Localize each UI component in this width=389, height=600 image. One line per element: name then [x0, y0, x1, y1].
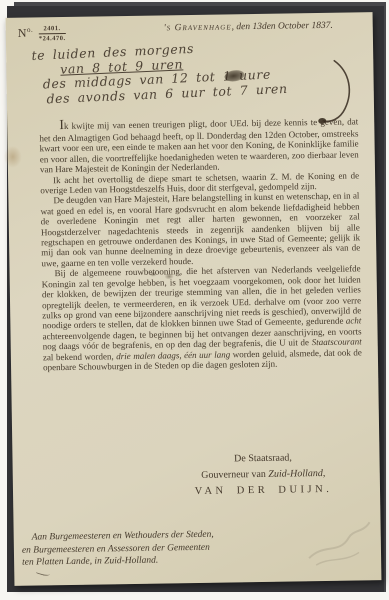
paper-stain — [4, 146, 22, 168]
signature-name: VAN DER DUIJN. — [151, 481, 376, 501]
pencil-smudge — [303, 512, 374, 568]
ink-mark — [36, 567, 51, 577]
reference-no-label: N — [18, 26, 27, 40]
reference-number-top: 2401. — [39, 25, 66, 34]
document-paper: No. 2401. *24.470. 's Gravenhage, den 13… — [6, 12, 382, 586]
photo-background: No. 2401. *24.470. 's Gravenhage, den 13… — [0, 0, 389, 600]
address-footer-line: ten Platten Lande, in Zuid-Holland. — [22, 553, 272, 569]
signature-block: De Staatsraad, Gouverneur van Zuid-Holla… — [150, 449, 376, 501]
body-paragraph: Bij de algemeene rouwbetooning, die het … — [42, 264, 363, 373]
body-paragraph: Ik kwijte mij van eenen treurigen pligt,… — [39, 114, 359, 175]
reference-no-superscript: o. — [27, 26, 33, 34]
body-paragraph: De deugden van Hare Majesteit, Hare bela… — [40, 191, 360, 269]
reference-number-fraction: 2401. *24.470. — [39, 25, 66, 42]
address-footer: Aan Burgemeesteren en Wethouders der Ste… — [22, 528, 273, 569]
dateline-date: , den 13den October 1837. — [232, 21, 333, 33]
body-paragraphs: Ik kwijte mij van eenen treurigen pligt,… — [39, 114, 362, 372]
reference-number-bottom: *24.470. — [39, 34, 66, 42]
reference-number: No. 2401. *24.470. — [18, 25, 66, 43]
dateline: 's Gravenhage, den 13den October 1837. — [164, 21, 333, 34]
dateline-place: 's Gravenhage — [164, 22, 232, 33]
